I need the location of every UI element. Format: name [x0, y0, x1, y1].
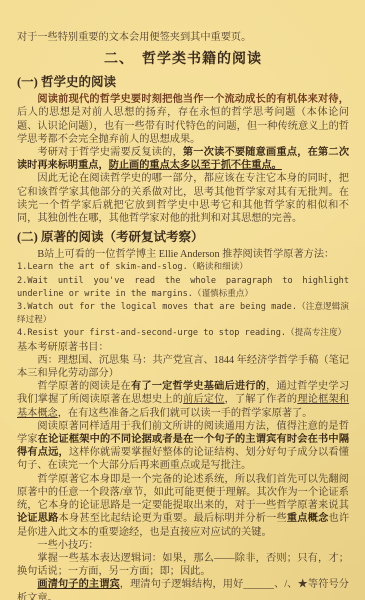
- book-page: 对于一些特别重要的文本会用便签夹到其中重要页。 二、 哲学类书籍的阅读 (一) …: [0, 0, 365, 600]
- emphasis-bold-text: 论证思路: [17, 513, 59, 524]
- text-run: ，在有这些准备之后我们就可以读一手的哲学家原著了。: [58, 408, 313, 419]
- tip-logic-words: 掌握一些基本表达逻辑词：如果，那么——除非，否则；只有，才；换句话说；一方面，另…: [17, 552, 349, 578]
- booklist-label: 基本考研原著书目：: [17, 341, 349, 354]
- text-run: 本身甚至比起结论更为重要。最后标明并分析一些: [59, 513, 287, 524]
- original-works-paragraph-2: 阅读原著同样适用于我们前文所讲的阅读通用方法，值得注意的是哲学家在论证框架中的不…: [17, 420, 349, 473]
- emphasis-bold-text: 有了一定哲学史基础后进行的: [131, 381, 266, 392]
- method-item-3: 3.Watch out for the logical moves that a…: [17, 301, 349, 327]
- booklist-line: 西：理想国、沉思集 马：共产党宣言、1844 年经济学哲学手稿（笔记本三和异化劳…: [17, 354, 349, 380]
- text-run: ，了解了作者的: [225, 394, 298, 405]
- text-run: 考研对于哲学史需要反复读的，: [37, 147, 183, 158]
- original-works-paragraph-3: 哲学原著它本身即是一个完备的论述系统，所以我们首先可以先翻阅原著中的任意一个段落…: [17, 473, 349, 539]
- section-1-heading: (一) 哲学史的阅读: [17, 75, 349, 90]
- blogger-recommendation-line: B站上可看的一位哲学博主 Ellie Anderson 推荐阅读哲学原著方法：: [17, 248, 349, 261]
- tip-sentence-structure: 画清句子的主谓宾，理清句子逻辑结构，用好______、/、★等符号分析文章。: [17, 578, 349, 600]
- section-2-heading: (二) 原著的阅读（考研复试考察）: [17, 230, 349, 245]
- emphasis-bold-underline-text: 防止画的重点太多以至于抓不住重点。: [109, 160, 282, 171]
- emphasis-bold-text: 重点概念: [287, 513, 329, 524]
- history-paragraph-1: 阅读前现代的哲学史要时刻把他当作一个流动成长的有机体来对待，后人的思想是对前人思…: [17, 93, 349, 146]
- intro-continuation-line: 对于一些特别重要的文本会用便签夹到其中重要页。: [17, 31, 349, 44]
- original-works-paragraph-1: 哲学原著的阅读是在有了一定哲学史基础后进行的，通过哲学史学习我们掌握了所阅读原著…: [17, 380, 349, 420]
- history-paragraph-2: 考研对于哲学史需要反复读的，第一次读不要随意画重点，在第二次读时再来标明重点，防…: [17, 146, 349, 172]
- text-run: 哲学原著它本身即是一个完备的论述系统，所以我们首先可以先翻阅原著中的任意一个段落…: [17, 474, 349, 511]
- method-item-2: 2.Wait until you've read the whole parag…: [17, 275, 349, 301]
- emphasis-bold-underline-text: 画清句子的主谓宾: [37, 579, 119, 590]
- method-item-1: 1.Learn the art of skim-and-slog.（略读和细读）: [17, 261, 349, 274]
- tips-label: 一些小技巧：: [17, 539, 349, 552]
- chapter-heading: 二、 哲学类书籍的阅读: [17, 52, 349, 68]
- text-run: 后人的思想是对前人思想的扬弃，存在永恒的哲学思考问题（本体论问题、认识论问题），…: [17, 107, 349, 144]
- emphasis-red-bold-text: 阅读前现代的哲学史要时刻把他当作一个流动成长的有机体来对待，: [37, 94, 349, 105]
- text-run: 哲学原著的阅读是在: [37, 381, 131, 392]
- underlined-text: 前后定位: [183, 394, 225, 405]
- history-paragraph-3: 因此无论在阅读哲学史的哪一部分，都应该在专注它本身的同时，把它和该哲学家其他部分…: [17, 172, 349, 225]
- method-item-4: 4.Resist your first-and-second-urge to s…: [17, 327, 349, 340]
